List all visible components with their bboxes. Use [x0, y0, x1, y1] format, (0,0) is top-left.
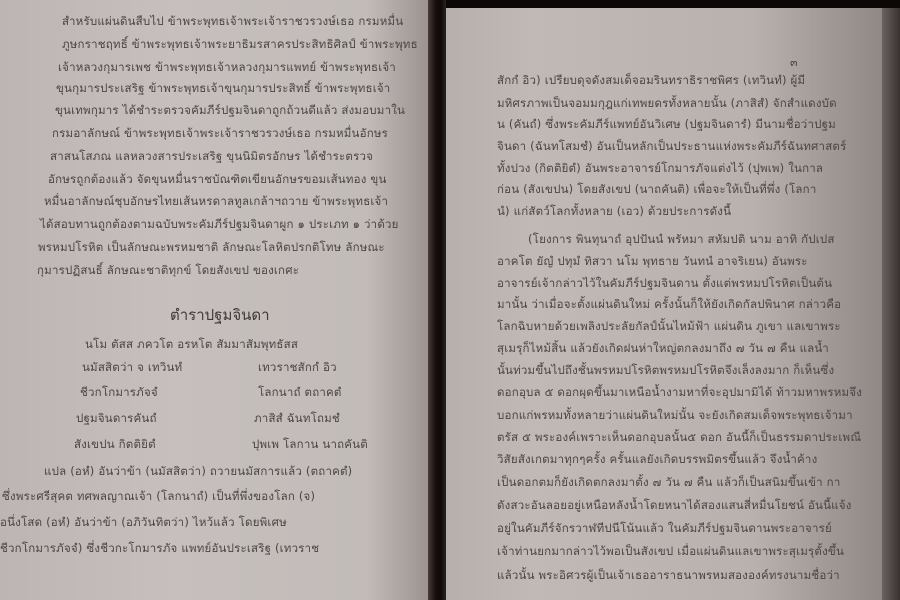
- left-para-line: สำหรับแผ่นดินสืบไป ข้าพระพุทธเจ้าพระเจ้า…: [62, 13, 403, 31]
- right-para2-line: ดังสวะอันลอยอยู่เหนือหลังน้ำโดยหนาได้สอง…: [497, 497, 852, 515]
- right-para2-line: อาจารย์เจ้ากล่าวไว้ในคัมภีร์ปฐมจินดาน ตั…: [497, 275, 832, 293]
- verse-left: สังเขปน กิตติยิตํ: [74, 436, 156, 454]
- left-para-line: ภูษกราชฤทธิ์ ข้าพระพุทธเจ้าพระยาธิมรสาคร…: [62, 36, 418, 54]
- right-para2-line: ดอกอุบล ๕ ดอกผุดขึ้นมาเหนือน้ำงามหาที่จะ…: [497, 384, 862, 402]
- translation-line: ซึ่งพระศรีสุคต ทศพลญาณเจ้า (โลกนาถํ) เป็…: [2, 488, 315, 506]
- left-para-line: ขุนกุมารประเสริฐ ข้าพระพุทธเจ้าขุนกุมารป…: [56, 80, 390, 98]
- translation-line: อนึ่งโสด (อหํ) อันว่าข้า (อภิวันทิตว่า) …: [0, 514, 287, 532]
- verse-left: ปฐมจินดารคันถํ: [76, 410, 157, 428]
- verse-right: โลกนาถํ ตถาคตํ: [258, 384, 342, 402]
- right-para2-line: โลกฉิบหายด้วยเพลิงประลัยกัลป์นั้นไหม้ฟ้า…: [497, 318, 841, 336]
- right-para-line: สักกํ อิว) เปรียบดุจดังสมเด็จอมรินทราธิร…: [497, 72, 805, 90]
- right-para2-line: สุเมรุก็ไหม้สิ้น แล้วยังเกิดฝนห่าใหญ่ตกล…: [497, 340, 829, 358]
- right-para-line: มหิศรภาพเป็นจอมมกุฎแก่เทพยดรทั้งหลายนั้น…: [497, 95, 837, 113]
- translation-line: แปล (อหํ) อันว่าข้า (นมัสสิตว่า) ถวายนมั…: [44, 463, 352, 481]
- right-para2-line: ตรัส ๕ พระองค์เพราะเห็นดอกอุบลนั้น๕ ดอก …: [497, 429, 861, 447]
- left-para-line: อักษรถูกต้องแล้ว จัดขุนหมื่นราชบัณฑิตเขี…: [48, 171, 387, 189]
- left-para-line: สาสนโสภณ แลหลวงสารประเสริฐ ขุนนิมิตรอักษ…: [50, 148, 373, 166]
- right-para2-line: วิสัยสังเกตมาทุกๆครั้ง ครั้นแลยังเกิดบรร…: [497, 451, 817, 469]
- right-para-line: น (คันถํ) ซึ่งพระคัมภีร์แพทย์อันวิเศษ (ป…: [497, 116, 836, 134]
- left-para-line: ขุนเทพกุมาร ได้ชำระตรวจคัมภีร์ปฐมจินดาถู…: [55, 102, 405, 120]
- left-para-line: กุมารปฏิสนธิ์ ลักษณะชาติทุกข์ โดยสังเขป …: [37, 262, 299, 280]
- verse-left: นมัสสิตว่า จ เทวินทํ: [82, 359, 182, 377]
- right-para2-line: บอกแก่พรหมทั้งหลายว่าแผ่นดินใหม่นั้น จะย…: [497, 407, 853, 425]
- left-para-line: เจ้าหลวงกุมารเพช ข้าพระพุทธเจ้าหลวงกุมาร…: [58, 59, 396, 77]
- right-para2-line: อาคโต ยัญํ ปทุมํ ทิสวา นโม พุทธาย วันทนํ…: [497, 253, 808, 271]
- right-para-line: ก่อน (สังเขปน) โดยสังเขป (นาถคันติ) เพื่…: [497, 181, 816, 199]
- verse-left: ชีวกโกมารภัจจํ: [80, 384, 158, 402]
- verse-line: นโม ตัสส ภควโต อรหโต สัมมาสัมพุทธัสส: [85, 336, 298, 354]
- left-para-line: หมื่นอาลักษณ์ชุบอักษรไทยเส้นหรดาลทูลเกล้…: [44, 193, 388, 211]
- book-spine: [428, 0, 446, 600]
- right-para2-line: เจ้าท่านยกมากล่าวไว้พอเป็นสังเขป เมื่อแผ…: [497, 543, 844, 561]
- verse-right: ภาสิสํ ฉันทโถมชํ: [254, 410, 340, 428]
- right-para2-line: แล้วนั้น พระอิศวรผู้เป็นเจ้าเธออาราธนาพร…: [497, 567, 840, 585]
- left-para-line: กรมอาลักษณ์ ข้าพระพุทธเจ้าพระเจ้าราชวรวง…: [52, 125, 388, 143]
- right-para2-line: เป็นดอกตมก็ยังเกิดตกลงมาตั้ง ๗ วัน ๗ คืน…: [497, 474, 841, 492]
- right-para2-line: มานั้น ว่าเมื่อจะตั้งแผ่นดินใหม่ ครั้งนั…: [497, 296, 841, 314]
- section-title: ตำราปฐมจินดา: [170, 303, 270, 327]
- verse-right: เทวราชสักกํ อิว: [258, 359, 337, 377]
- right-para-line: นํ) แก่สัตว์โลกทั้งหลาย (เอว) ด้วยประการ…: [497, 203, 731, 221]
- verse-right: ปุพเพ โลกาน นาถคันติ: [252, 436, 368, 454]
- right-para2-line: นั้นท่วมขึ้นไปถึงชั้นพรหมปโรหิตพรหมปโรหิ…: [497, 362, 834, 380]
- page-number: ๓: [790, 53, 798, 71]
- right-page-edge: [882, 8, 900, 600]
- translation-line: ชีวกโกมารภัจจํ) ซึ่งชีวกะโกมารภัจ แพทย์อ…: [0, 540, 319, 558]
- left-para-line: ได้สอบทานถูกต้องตามฉบับพระคัมภีร์ปฐมจินด…: [40, 216, 399, 234]
- right-para-line: จินดา (ฉันทโสมชํ) อันเป็นหลักเป็นประธานแ…: [497, 138, 846, 156]
- right-para2-line: (โยงการ พินทุนาถํ อุปปันนํ พรัหมา สหัมปต…: [528, 231, 835, 249]
- right-para2-line: อยู่ในคัมภีร์จักรวาฬทีปนีโน้นแล้ว ในคัมภ…: [497, 520, 832, 538]
- left-para-line: พรหมปโรหิต เป็นลักษณะพรหมชาติ ลักษณะโลหิ…: [38, 239, 385, 257]
- right-para-line: ทั้งปวง (กิตติยิตํ) อันพระอาจารย์โกมารภั…: [497, 160, 823, 178]
